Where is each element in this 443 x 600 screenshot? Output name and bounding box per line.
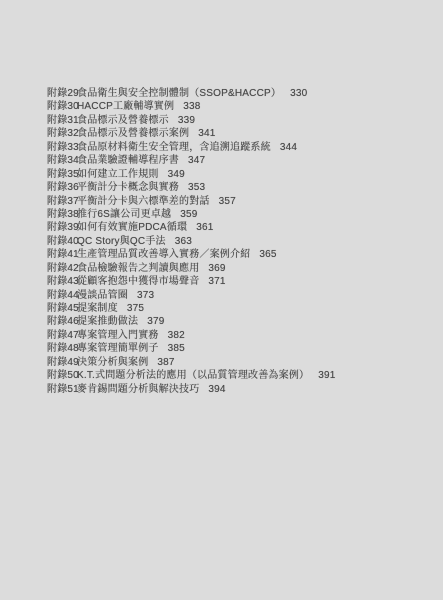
toc-entry-page: 353 [188, 181, 205, 194]
toc-entry-label: 附錄47 [47, 329, 77, 342]
toc-entry-label: 附錄39 [47, 221, 77, 234]
toc-entry: 附錄48 專案管理簡單例子 385 [47, 342, 336, 355]
toc-entry: 附錄29 食品衛生與安全控制體制（SSOP&HACCP） 330 [47, 87, 336, 100]
toc-entry: 附錄46 提案推動做法 379 [47, 315, 336, 328]
toc-entry: 附錄44 漫談品管圈 373 [47, 289, 336, 302]
toc-entry-label: 附錄31 [47, 114, 77, 127]
toc-entry-title: 從顧客抱怨中獲得市場聲音 [77, 275, 199, 288]
toc-entry-page: 344 [280, 141, 297, 154]
toc-entry-label: 附錄41 [47, 248, 77, 261]
toc-entry-page: 379 [147, 315, 164, 328]
toc-entry-title: 生產管理品質改善導入實務／案例介紹 [77, 248, 250, 261]
toc-entry-title: 食品標示及營養標示 [77, 114, 169, 127]
toc-entry-label: 附錄50 [47, 369, 77, 382]
toc-entry-title: 食品業驗證輔導程序書 [77, 154, 179, 167]
toc-entry-title: 食品原材料衛生安全管理，含追溯追蹤系統 [77, 141, 271, 154]
toc-entry-page: 357 [219, 195, 236, 208]
toc-entry: 附錄38 推行6S讓公司更卓越 359 [47, 208, 336, 221]
toc-entry: 附錄42 食品檢驗報告之判讀與應用 369 [47, 262, 336, 275]
toc-entry-title: 平衡計分卡概念與實務 [77, 181, 179, 194]
toc-entry: 附錄47 專案管理入門實務 382 [47, 329, 336, 342]
toc-entry-title: HACCP工廠輔導實例 [77, 100, 174, 113]
toc-entry: 附錄50 K.T.式問題分析法的應用（以品質管理改善為案例） 391 [47, 369, 336, 382]
toc-entry: 附錄43 從顧客抱怨中獲得市場聲音 371 [47, 275, 336, 288]
toc-entry: 附錄36 平衡計分卡概念與實務 353 [47, 181, 336, 194]
toc-entry-label: 附錄43 [47, 275, 77, 288]
toc-entry-page: 338 [183, 100, 200, 113]
toc-entry-label: 附錄48 [47, 342, 77, 355]
toc-entry-page: 341 [198, 127, 215, 140]
toc-entry-page: 371 [208, 275, 225, 288]
toc-entry-title: 食品衛生與安全控制體制（SSOP&HACCP） [77, 87, 281, 100]
scanned-page: 附錄29 食品衛生與安全控制體制（SSOP&HACCP） 330 附錄30 HA… [0, 0, 443, 600]
toc-entry: 附錄33 食品原材料衛生安全管理，含追溯追蹤系統 344 [47, 141, 336, 154]
toc-entry-title: K.T.式問題分析法的應用（以品質管理改善為案例） [77, 369, 309, 382]
toc-entry-label: 附錄40 [47, 235, 77, 248]
toc-entry-label: 附錄36 [47, 181, 77, 194]
toc-entry-page: 391 [318, 369, 335, 382]
toc-entry-label: 附錄44 [47, 289, 77, 302]
toc-entry-page: 382 [168, 329, 185, 342]
toc-entry: 附錄37 平衡計分卡與六標準差的對話 357 [47, 195, 336, 208]
toc-entry-title: 提案制度 [77, 302, 118, 315]
toc-entry: 附錄40 QC Story與QC手法 363 [47, 235, 336, 248]
toc-entry-label: 附錄42 [47, 262, 77, 275]
toc-entry: 附錄39 如何有效實施PDCA循環 361 [47, 221, 336, 234]
toc-entry: 附錄45 提案制度 375 [47, 302, 336, 315]
toc-entry: 附錄30 HACCP工廠輔導實例 338 [47, 100, 336, 113]
toc-entry-title: 食品檢驗報告之判讀與應用 [77, 262, 199, 275]
toc-entry-page: 363 [175, 235, 192, 248]
toc-entry-page: 349 [168, 168, 185, 181]
toc-entry-label: 附錄45 [47, 302, 77, 315]
toc-entry-page: 373 [137, 289, 154, 302]
toc-entry-title: 專案管理簡單例子 [77, 342, 159, 355]
toc-entry-page: 339 [178, 114, 195, 127]
toc-entry-page: 375 [127, 302, 144, 315]
toc-entry-page: 369 [208, 262, 225, 275]
toc-entry-label: 附錄32 [47, 127, 77, 140]
toc-entry-page: 359 [180, 208, 197, 221]
toc-entry: 附錄35 如何建立工作規則 349 [47, 168, 336, 181]
toc-entry-label: 附錄29 [47, 87, 77, 100]
toc-entry-page: 361 [196, 221, 213, 234]
toc-entry-title: 食品標示及營養標示案例 [77, 127, 189, 140]
toc-entry-title: 專案管理入門實務 [77, 329, 159, 342]
toc-entry-label: 附錄35 [47, 168, 77, 181]
toc-entry-label: 附錄30 [47, 100, 77, 113]
toc-entry-title: QC Story與QC手法 [77, 235, 166, 248]
toc-entry-label: 附錄37 [47, 195, 77, 208]
toc-entry-title: 漫談品管圈 [77, 289, 128, 302]
toc-entry: 附錄51 麥肯錫問題分析與解決技巧 394 [47, 383, 336, 396]
toc-entry: 附錄32 食品標示及營養標示案例 341 [47, 127, 336, 140]
toc-entry-title: 決策分析與案例 [77, 356, 148, 369]
toc-entry-label: 附錄46 [47, 315, 77, 328]
toc-entry: 附錄34 食品業驗證輔導程序書 347 [47, 154, 336, 167]
toc-entry-title: 如何有效實施PDCA循環 [77, 221, 187, 234]
toc-entry-title: 如何建立工作規則 [77, 168, 159, 181]
toc-entry: 附錄49 決策分析與案例 387 [47, 356, 336, 369]
toc-entry-page: 365 [259, 248, 276, 261]
toc-entry-page: 347 [188, 154, 205, 167]
appendix-toc-list: 附錄29 食品衛生與安全控制體制（SSOP&HACCP） 330 附錄30 HA… [47, 87, 336, 396]
toc-entry: 附錄41 生產管理品質改善導入實務／案例介紹 365 [47, 248, 336, 261]
toc-entry-title: 提案推動做法 [77, 315, 138, 328]
toc-entry-title: 推行6S讓公司更卓越 [77, 208, 171, 221]
toc-entry-title: 平衡計分卡與六標準差的對話 [77, 195, 210, 208]
toc-entry-label: 附錄34 [47, 154, 77, 167]
toc-entry-page: 385 [168, 342, 185, 355]
toc-entry-title: 麥肯錫問題分析與解決技巧 [77, 383, 199, 396]
toc-entry-label: 附錄49 [47, 356, 77, 369]
toc-entry-page: 394 [208, 383, 225, 396]
toc-entry-page: 330 [290, 87, 307, 100]
toc-entry: 附錄31 食品標示及營養標示 339 [47, 114, 336, 127]
toc-entry-label: 附錄51 [47, 383, 77, 396]
toc-entry-page: 387 [157, 356, 174, 369]
toc-entry-label: 附錄33 [47, 141, 77, 154]
toc-entry-label: 附錄38 [47, 208, 77, 221]
